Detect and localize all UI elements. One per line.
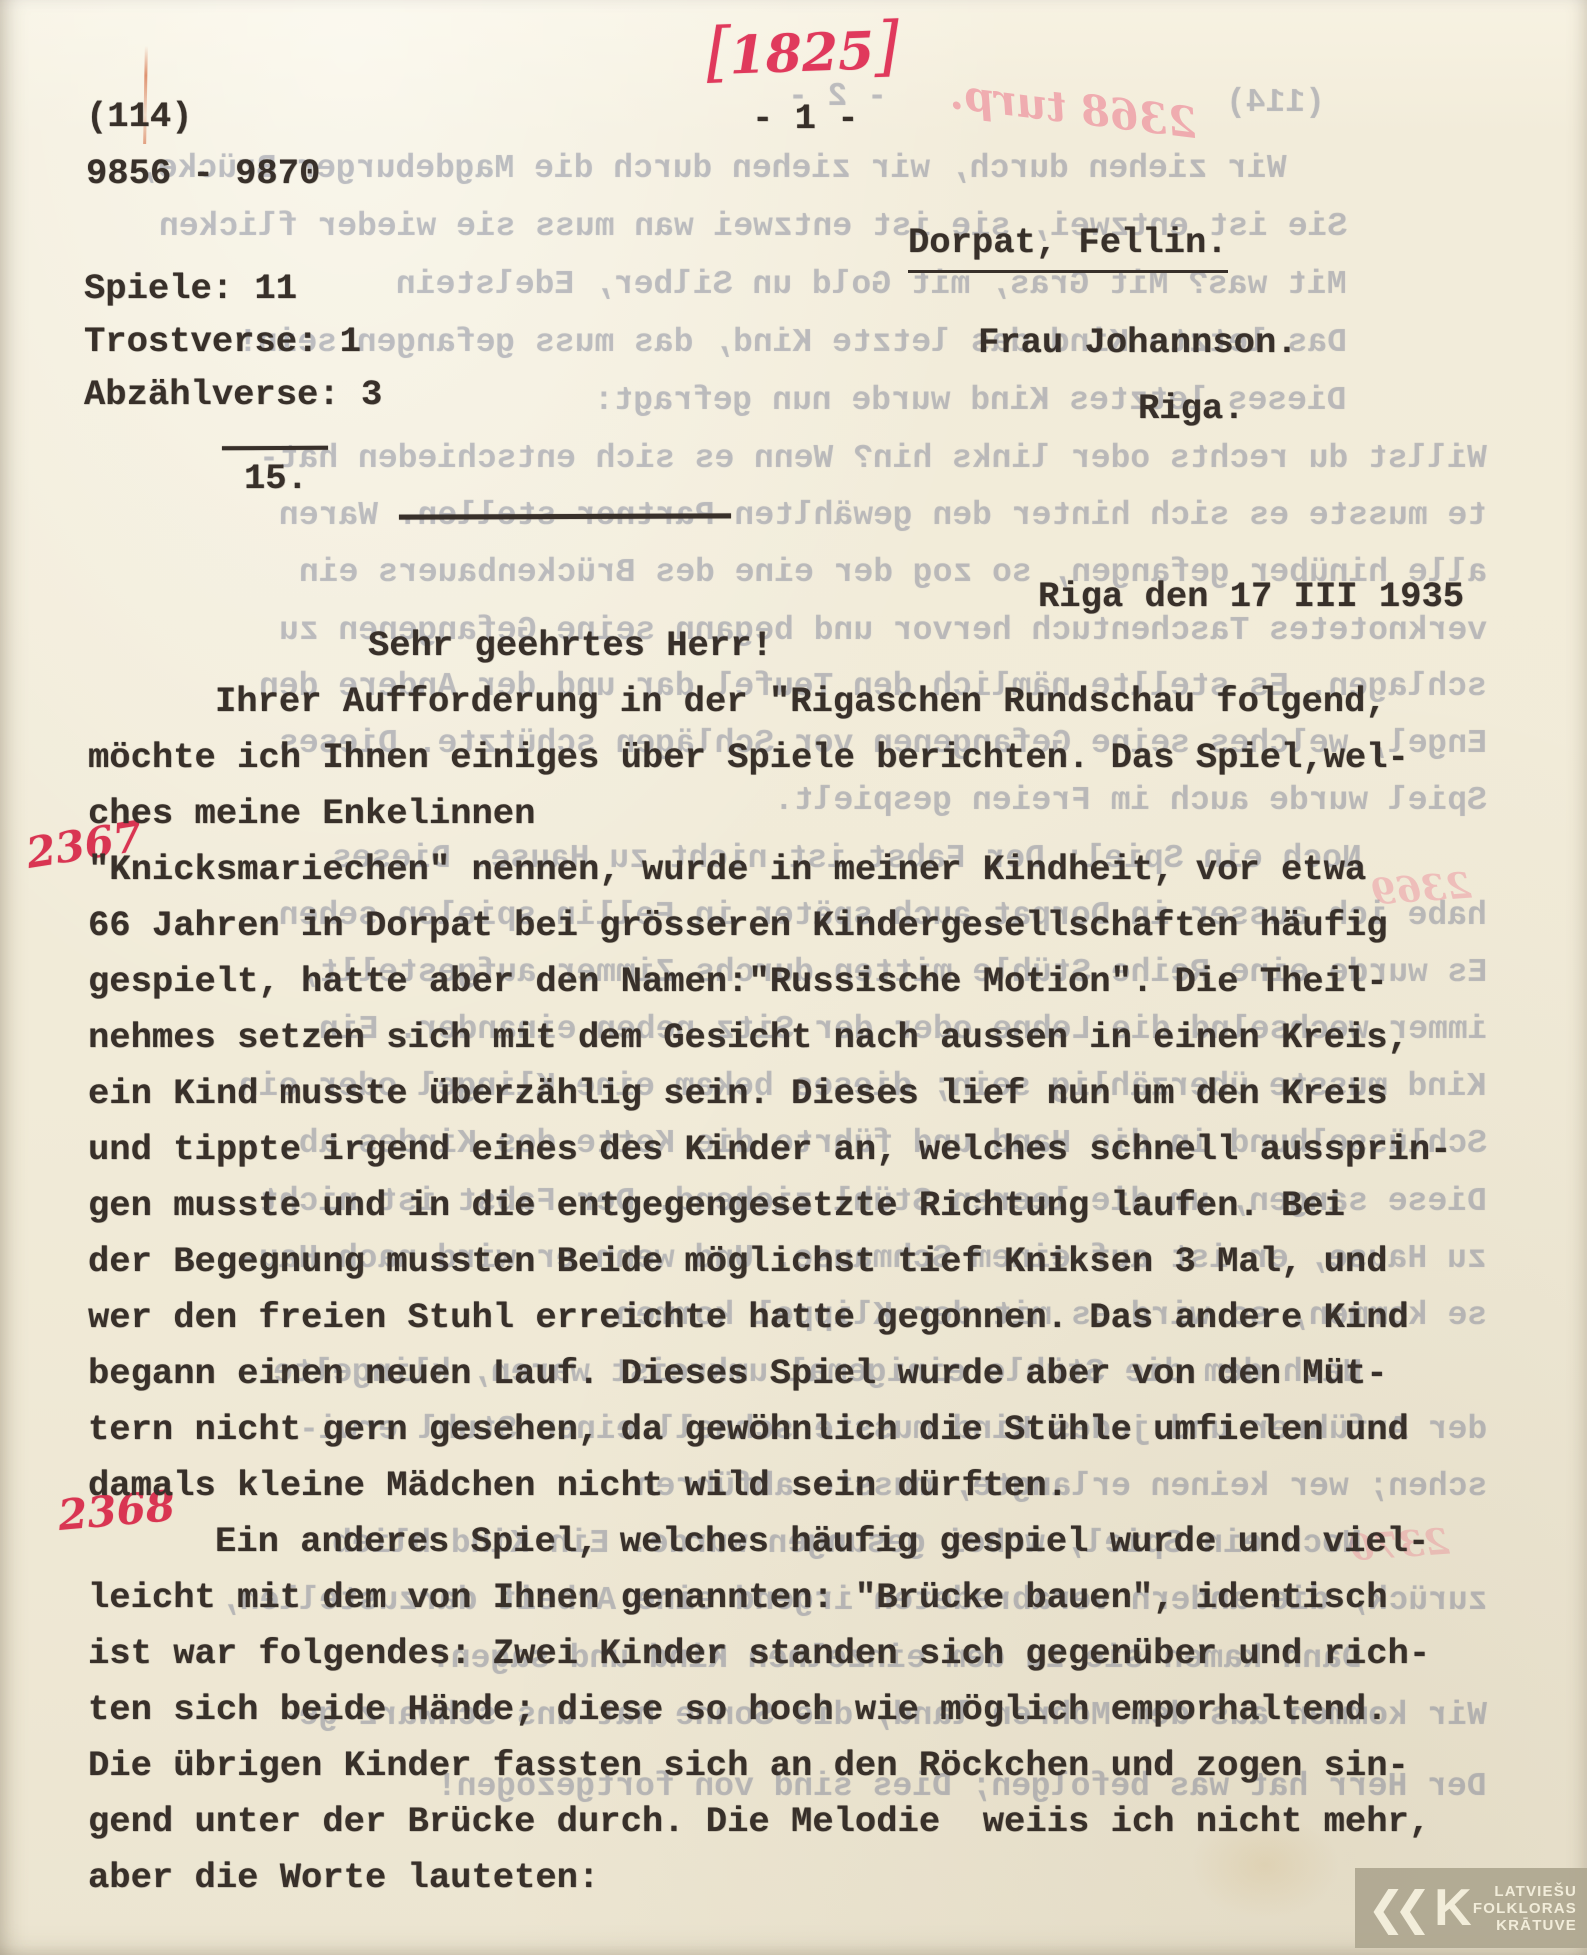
typewritten-line: damals kleine Mädchen nicht wild sein dü… <box>88 1458 1547 1514</box>
typewritten-line: Ihrer Aufforderung in der "Rigaschen Run… <box>88 674 1547 730</box>
typewritten-line: und tippte irgend eines des Kinder an, w… <box>88 1122 1547 1178</box>
typewritten-line: tern nicht gern gesehen, da gewöhnlich d… <box>88 1402 1547 1458</box>
typewritten-line: begann einen neuen Lauf. Dieses Spiel wu… <box>88 1346 1547 1402</box>
red-bracket-right: ] <box>873 9 899 85</box>
watermark-text-line: FOLKLORAS <box>1473 1900 1577 1917</box>
chevrons-icon: ❮❮ <box>1367 1885 1434 1931</box>
places-heading: Dorpat, Fellin. <box>908 222 1228 273</box>
typewritten-line: Ein anderes Spiel, welches häufig gespie… <box>88 1514 1547 1570</box>
lfk-logo-icon: ❮❮ K <box>1355 1882 1473 1934</box>
typewritten-line: gen musste und in die entgegengesetzte R… <box>88 1178 1547 1234</box>
contributor-city: Riga. <box>1138 388 1245 429</box>
typewritten-line: ein Kind musste überzählig sein. Dieses … <box>88 1066 1547 1122</box>
bleedthrough-archive-no: (114) <box>1226 84 1325 121</box>
typewritten-line: Die übrigen Kinder fassten sich an den R… <box>88 1738 1547 1794</box>
typewritten-line: 66 Jahren in Dorpat bei grösseren Kinder… <box>88 898 1547 954</box>
typewritten-line: ches meine Enkelinnen <box>88 786 1547 842</box>
letter-body: Sehr geehrtes Herr!Ihrer Aufforderung in… <box>88 618 1547 1906</box>
typewritten-line: gespielt, hatte aber den Namen:"Russisch… <box>88 954 1547 1010</box>
typewritten-line: nehmes setzen sich mit dem Gesicht nach … <box>88 1010 1547 1066</box>
stat-line: Spiele: 11 <box>84 262 382 315</box>
stat-line: Abzählverse: 3 <box>84 368 382 421</box>
typewritten-line: leicht mit dem von Ihnen genannten: "Brü… <box>88 1570 1547 1626</box>
stat-line: Trostverse: 1 <box>84 315 382 368</box>
typewritten-line: wer den freien Stuhl erreichte hatte geg… <box>88 1290 1547 1346</box>
typewritten-line: der Begegnung mussten Beide möglichst ti… <box>88 1234 1547 1290</box>
bleedthrough-line: Willst du rechts oder links hin? Wenn es… <box>259 440 1487 477</box>
typewritten-line: Sehr geehrtes Herr! <box>88 618 1547 674</box>
scanned-letter-page: (114) - 2 - 2368 turp. 2369 2370 Wir zie… <box>0 0 1587 1955</box>
watermark-text: LATVIEŠUFOLKLORASKRĀTUVE <box>1473 1883 1587 1934</box>
red-catalog-number-value: 1825 <box>728 20 875 86</box>
red-catalog-number: [1825] <box>705 9 899 91</box>
contributor-name: Frau Johannson. <box>978 322 1298 363</box>
content-statistics: Spiele: 11Trostverse: 1Abzählverse: 3 <box>84 262 382 421</box>
typewritten-line: "Knicksmariechen" nennen, wurde in meine… <box>88 842 1547 898</box>
watermark-text-line: KRĀTUVE <box>1473 1917 1577 1934</box>
typewritten-line: gend unter der Brücke durch. Die Melodie… <box>88 1794 1547 1850</box>
red-bracket-left: [ <box>705 15 731 91</box>
archive-number: (114) <box>86 96 193 137</box>
page-number: - 1 - <box>752 98 859 139</box>
typewritten-line: ten sich beide Hände; diese so hoch wie … <box>88 1682 1547 1738</box>
archive-watermark: ❮❮ K LATVIEŠUFOLKLORASKRĀTUVE <box>1355 1868 1587 1948</box>
typewritten-line: aber die Worte lauteten: <box>88 1850 1547 1906</box>
typewritten-line: ist war folgendes: Zwei Kinder standen s… <box>88 1626 1547 1682</box>
watermark-text-line: LATVIEŠU <box>1473 1883 1577 1900</box>
section-number: 15. <box>244 458 308 499</box>
dateline: Riga den 17 III 1935 <box>1038 576 1464 617</box>
typewritten-line: möchte ich Ihnen einiges über Spiele ber… <box>88 730 1547 786</box>
bleedthrough-red-note: 2368 turp. <box>948 69 1200 148</box>
k-letter-mark: K <box>1434 1882 1472 1934</box>
item-number-range: 9856 - 9870 <box>86 153 320 194</box>
divider-rule-small <box>222 446 328 451</box>
